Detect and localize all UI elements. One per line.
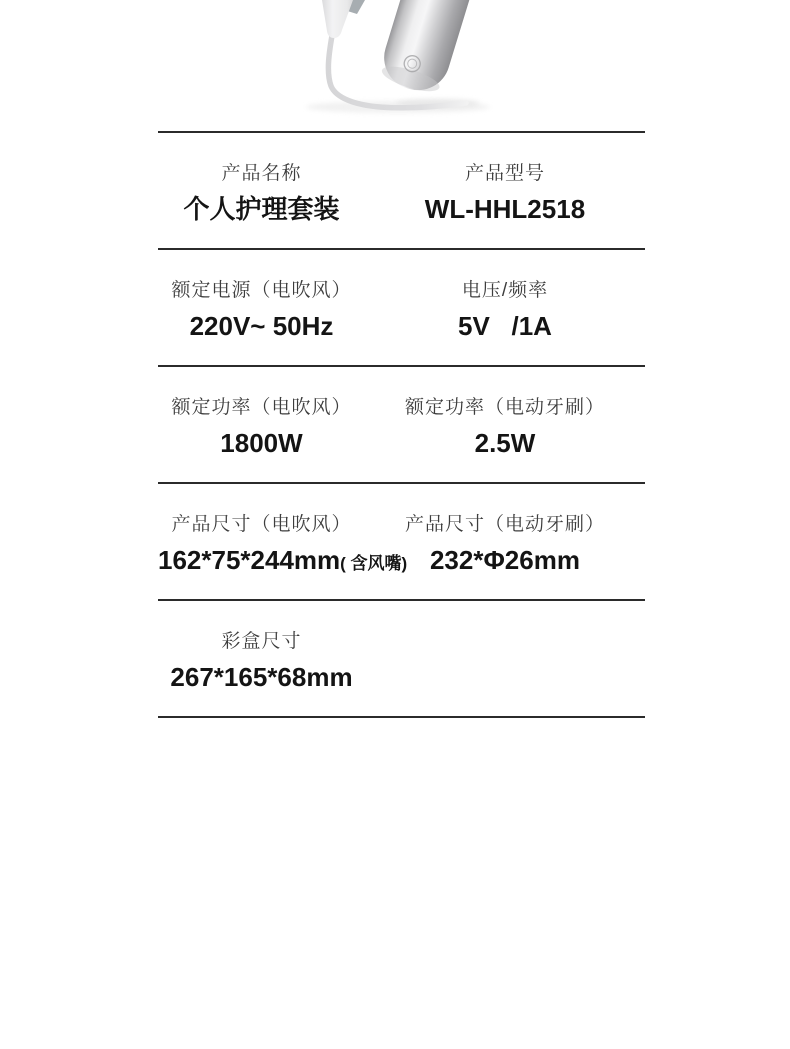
power-plug-graphic: [322, 0, 365, 38]
product-spec-page: 产品名称 个人护理套装 产品型号 WL-HHL2518 额定电源（电吹风） 22…: [0, 0, 790, 1049]
spec-table: 产品名称 个人护理套装 产品型号 WL-HHL2518 额定电源（电吹风） 22…: [158, 131, 645, 718]
spec-label: 电压/频率: [365, 281, 645, 301]
spec-row-dimensions: 产品尺寸（电吹风） 162*75*244mm( 含风嘴) 产品尺寸（电动牙刷） …: [158, 482, 645, 599]
spec-cell-toothbrush-power: 额定功率（电动牙刷） 2.5W: [365, 367, 645, 482]
spec-label: 额定电源（电吹风）: [158, 281, 365, 301]
product-photo: [0, 0, 790, 131]
spec-cell-model: 产品型号 WL-HHL2518: [365, 133, 645, 248]
spec-row-rated-power: 额定功率（电吹风） 1800W 额定功率（电动牙刷） 2.5W: [158, 365, 645, 482]
spec-row-power-source: 额定电源（电吹风） 220V~ 50Hz 电压/频率 5V /1A: [158, 248, 645, 365]
spec-cell-dryer-power: 额定功率（电吹风） 1800W: [158, 367, 365, 482]
spec-cell-box-size: 彩盒尺寸 267*165*68mm: [158, 601, 365, 716]
spec-value: 232*Φ26mm: [365, 545, 645, 580]
spec-label: 产品尺寸（电动牙刷）: [365, 515, 645, 535]
spec-value: 267*165*68mm: [158, 662, 365, 697]
spec-label: 额定功率（电动牙刷）: [365, 398, 645, 418]
spec-label: 产品名称: [158, 164, 365, 184]
spec-cell-voltage-frequency: 电压/频率 5V /1A: [365, 250, 645, 365]
spec-cell-product-name: 产品名称 个人护理套装: [158, 133, 365, 248]
spec-value: 162*75*244mm( 含风嘴): [158, 545, 365, 580]
spec-row-product: 产品名称 个人护理套装 产品型号 WL-HHL2518: [158, 131, 645, 248]
spec-row-box-size: 彩盒尺寸 267*165*68mm: [158, 599, 645, 718]
spec-value: 个人护理套装: [158, 194, 365, 229]
spec-label: 额定功率（电吹风）: [158, 398, 365, 418]
spec-label: 产品型号: [365, 164, 645, 184]
spec-value: 5V /1A: [365, 311, 645, 346]
toothbrush-handle-graphic: [376, 0, 509, 98]
spec-value: WL-HHL2518: [365, 194, 645, 229]
spec-cell-toothbrush-size: 产品尺寸（电动牙刷） 232*Φ26mm: [365, 484, 645, 599]
spec-value: 220V~ 50Hz: [158, 311, 365, 346]
spec-label: 彩盒尺寸: [158, 632, 365, 652]
spec-cell-dryer-size: 产品尺寸（电吹风） 162*75*244mm( 含风嘴): [158, 484, 365, 599]
spec-cell-rated-power-source: 额定电源（电吹风） 220V~ 50Hz: [158, 250, 365, 365]
spec-label: 产品尺寸（电吹风）: [158, 515, 365, 535]
spec-value: 2.5W: [365, 428, 645, 463]
spec-value: 1800W: [158, 428, 365, 463]
spec-cell-empty: [365, 601, 645, 716]
